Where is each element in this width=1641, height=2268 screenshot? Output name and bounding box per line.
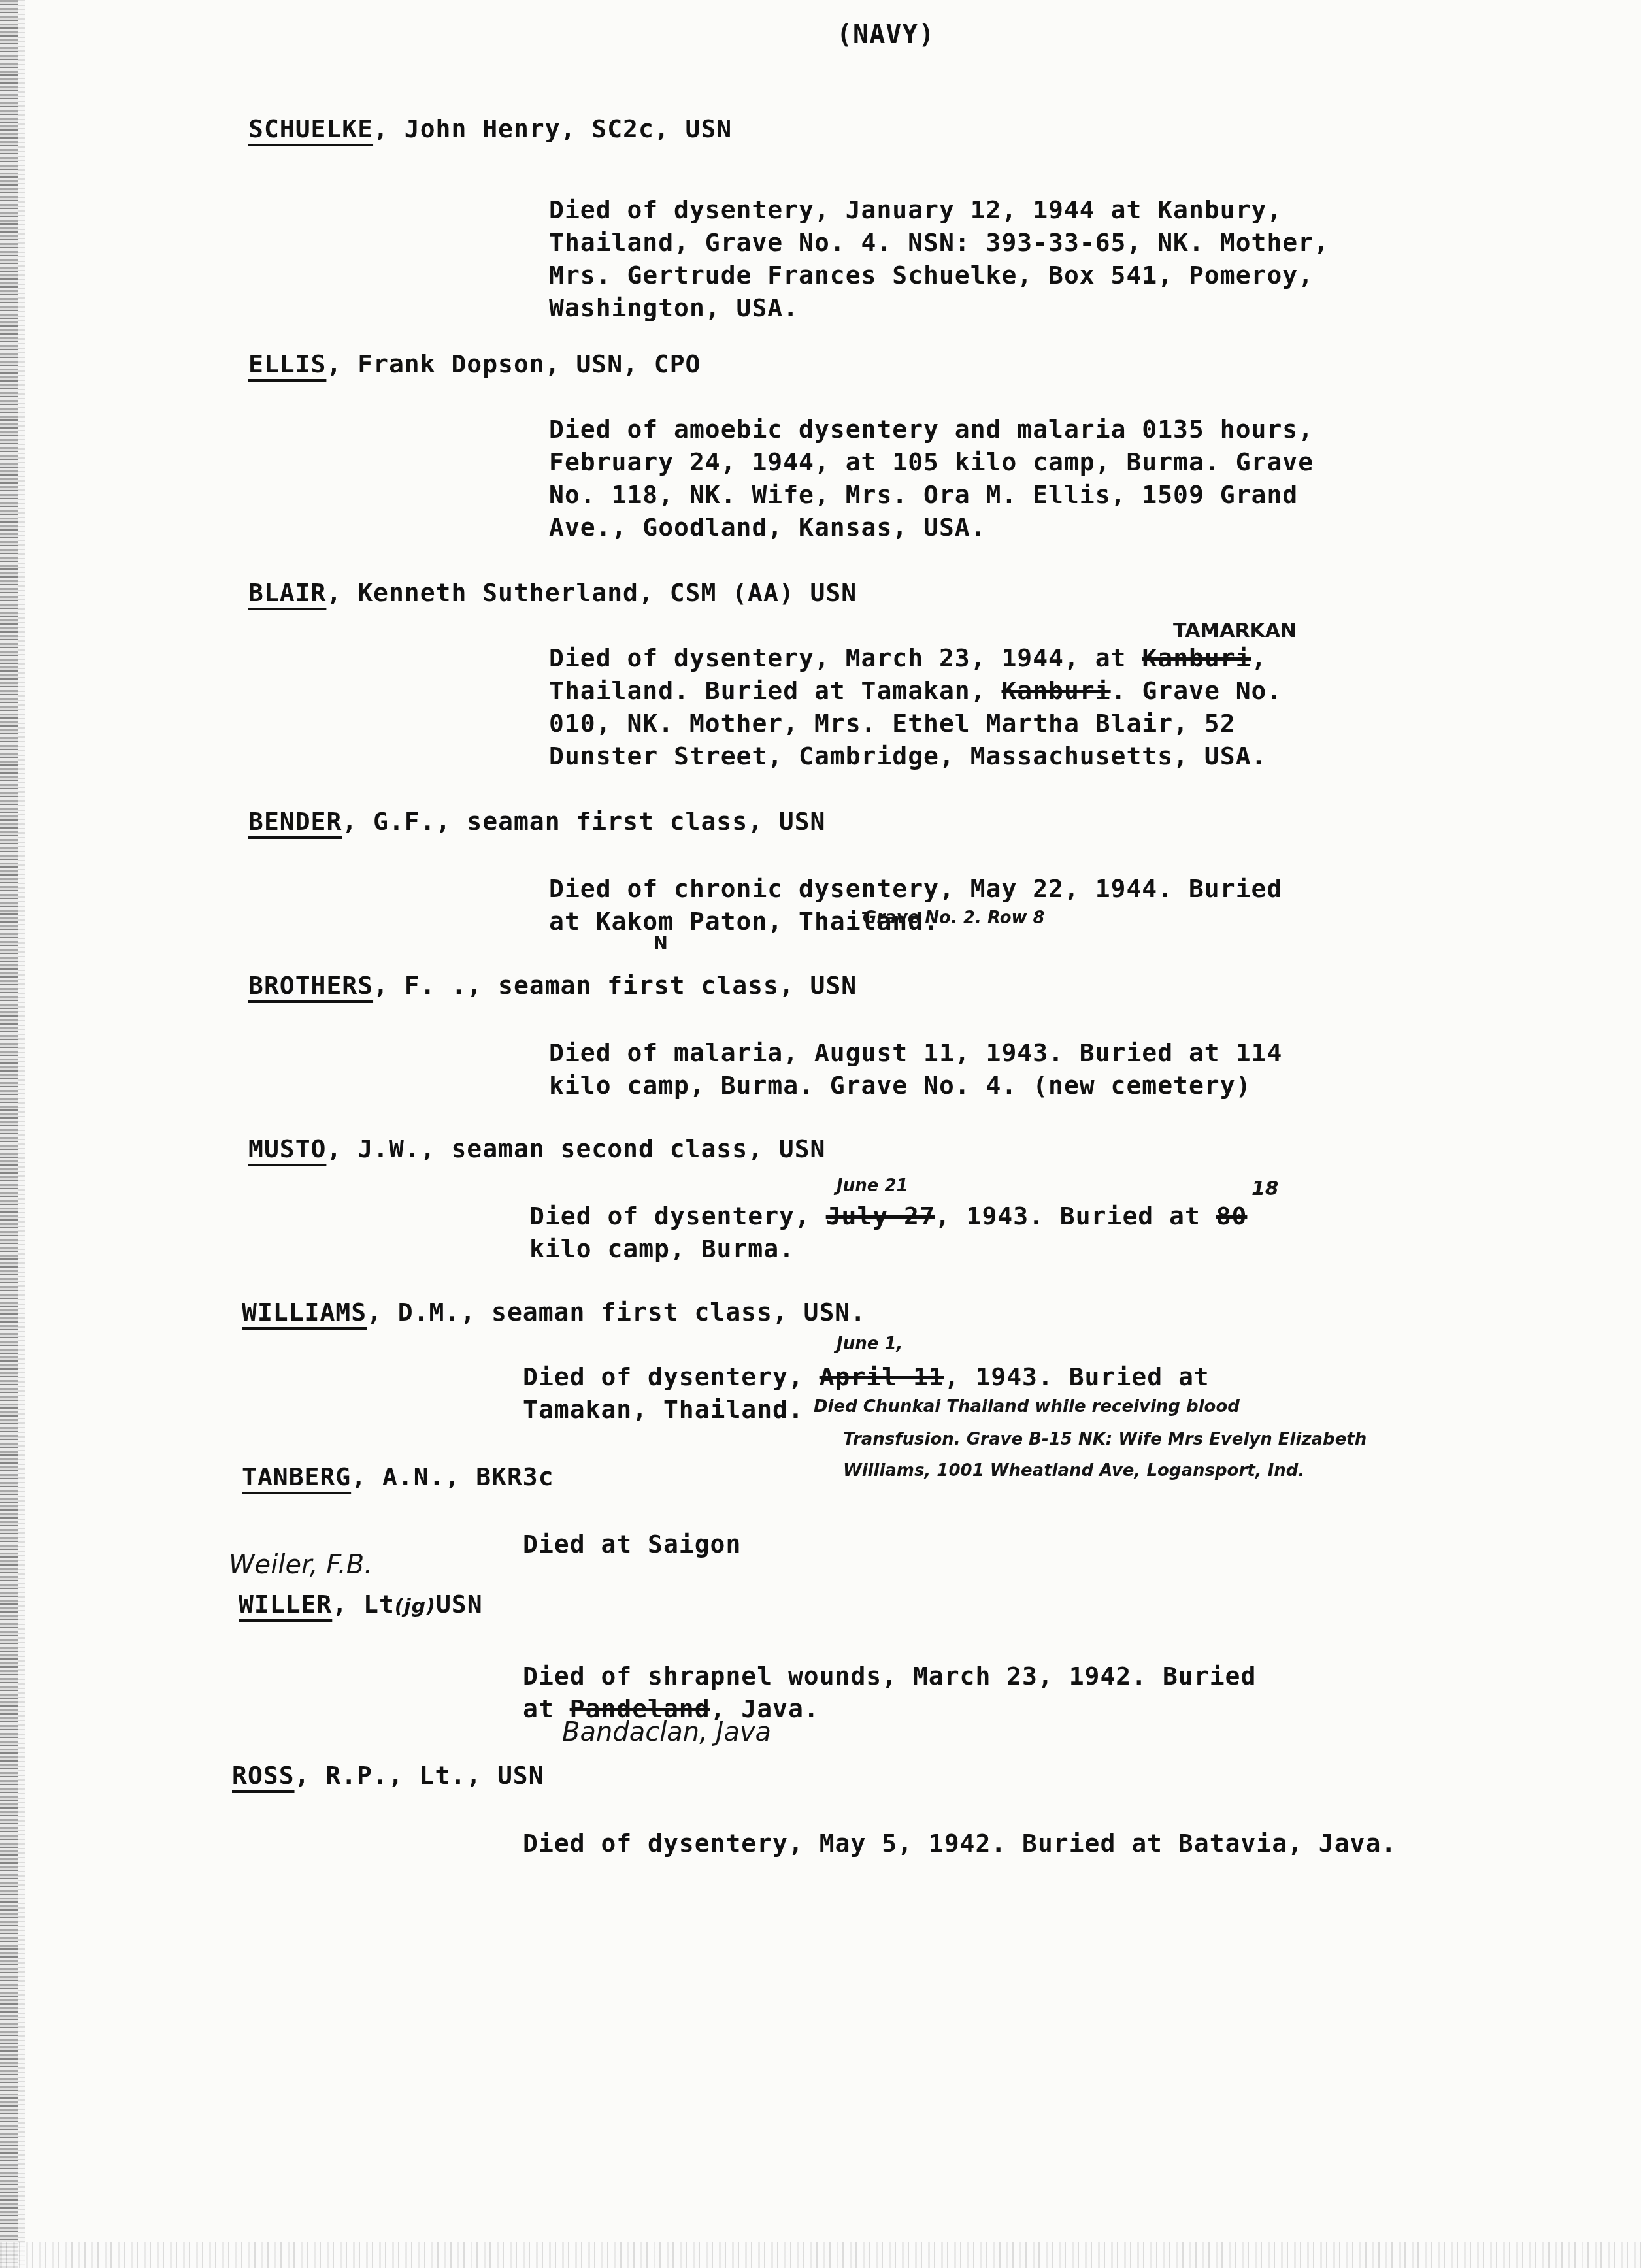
entry-name-williams: WILLIAMS, D.M., seaman first class, USN. xyxy=(242,1296,866,1328)
entry-details-bender: Died of chronic dysentery, May 22, 1944.… xyxy=(549,872,1282,938)
handwritten-note-williams-2: Transfusion. Grave B-15 NK: Wife Mrs Eve… xyxy=(843,1430,1367,1449)
entry-name-ellis: ELLIS, Frank Dopson, USN, CPO xyxy=(248,348,701,380)
entry-details-brothers: Died of malaria, August 11, 1943. Buried… xyxy=(549,1036,1282,1102)
entry-details-schuelke: Died of dysentery, January 12, 1944 at K… xyxy=(549,193,1329,324)
page-heading: (NAVY) xyxy=(837,18,935,51)
scan-edge-left-inner xyxy=(18,0,25,2268)
handwritten-grave-note-bender: Grave No. 2. Row 8 xyxy=(863,908,1045,928)
entry-details-ross: Died of dysentery, May 5, 1942. Buried a… xyxy=(523,1827,1397,1860)
entry-details-tanberg: Died at Saigon xyxy=(523,1528,741,1560)
handwritten-burial-correction-weiler: Bandaclan, Java xyxy=(562,1717,771,1747)
handwritten-letter-n: N xyxy=(654,934,668,954)
entry-details-weiler: Died of shrapnel wounds, March 23, 1942.… xyxy=(523,1660,1256,1725)
scan-edge-left xyxy=(0,0,18,2268)
handwritten-correction-tamarkan: TAMARKAN xyxy=(1173,619,1297,642)
handwritten-name-weiler: Weiler, F.B. xyxy=(229,1550,373,1580)
entry-name-ross: ROSS, R.P., Lt., USN xyxy=(232,1759,544,1792)
entry-name-tanberg: TANBERG, A.N., BKR3c xyxy=(242,1460,554,1493)
handwritten-correction-date-williams: June 1, xyxy=(837,1334,903,1354)
entry-details-musto: Died of dysentery, July 27, 1943. Buried… xyxy=(529,1200,1247,1265)
entry-name-schuelke: SCHUELKE, John Henry, SC2c, USN xyxy=(248,112,732,145)
entry-name-bender: BENDER, G.F., seaman first class, USN xyxy=(248,805,826,838)
entry-name-musto: MUSTO, J.W., seaman second class, USN xyxy=(248,1132,825,1165)
entry-details-ellis: Died of amoebic dysentery and malaria 01… xyxy=(549,413,1314,544)
handwritten-correction-kilo-musto: 18 xyxy=(1251,1177,1279,1200)
handwritten-correction-date-musto: June 21 xyxy=(837,1176,908,1196)
entry-name-blair: BLAIR, Kenneth Sutherland, CSM (AA) USN xyxy=(248,576,857,609)
handwritten-note-williams-1: Died Chunkai Thailand while receiving bl… xyxy=(814,1397,1240,1417)
entry-name-weiler: WILLER, Lt(jg)USN xyxy=(239,1588,483,1623)
entry-name-brothers: BROTHERS, F. ., seaman first class, USN xyxy=(248,969,857,1002)
handwritten-note-williams-3: Williams, 1001 Wheatland Ave, Logansport… xyxy=(843,1461,1304,1481)
scan-edge-bottom xyxy=(0,2242,1641,2268)
entry-details-blair: Died of dysentery, March 23, 1944, at Ka… xyxy=(549,642,1282,772)
